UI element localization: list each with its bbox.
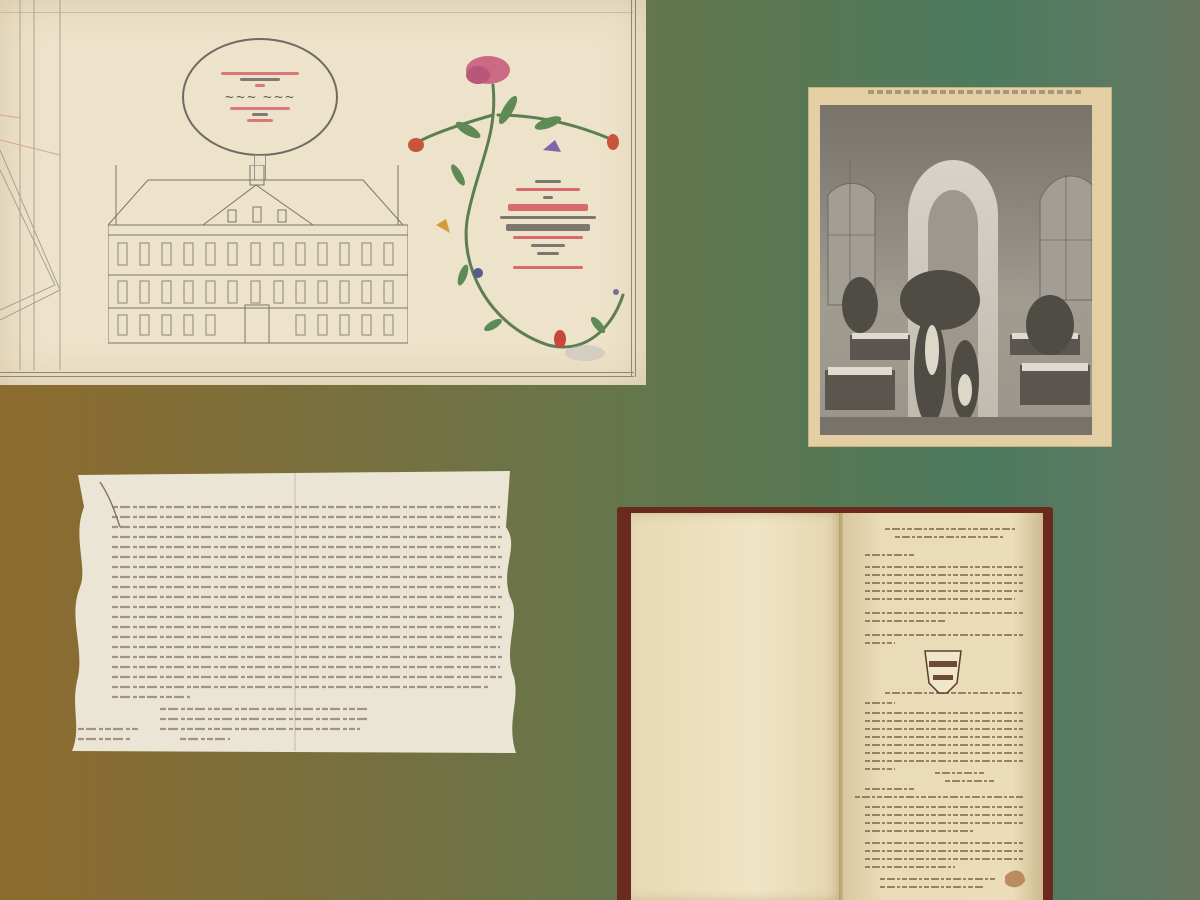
building-elevation: [108, 165, 408, 345]
dedication-line: [535, 180, 561, 183]
cartouche-line: [240, 78, 280, 81]
map-fragment-lines: [0, 0, 110, 380]
dedication-line: [531, 244, 565, 247]
dedication-line: [543, 196, 553, 199]
cartouche-line: [247, 119, 273, 122]
cartouche-line: [252, 113, 268, 116]
dedication-text-block: [478, 180, 618, 269]
parchment-manuscript: [70, 467, 518, 757]
engraving-plate: [820, 105, 1092, 435]
dedication-line: [513, 236, 583, 239]
dedication-line: [537, 252, 559, 255]
dedication-line: [500, 216, 596, 219]
dedication-signature: [513, 266, 583, 269]
dedication-line: [506, 224, 590, 231]
dedication-line: [508, 204, 588, 211]
title-cartouche-oval: ~~~ ~~~: [182, 38, 338, 156]
handwritten-notes: [855, 521, 1027, 900]
cartouche-line: [221, 72, 299, 75]
engraving-caption: [868, 90, 1082, 94]
cartouche-line: [230, 107, 290, 110]
cartouche-script-title: ~~~ ~~~: [224, 90, 295, 104]
open-notebook: [617, 507, 1053, 900]
architectural-drawing: ~~~ ~~~: [0, 0, 646, 385]
cartouche-line: [255, 84, 265, 87]
shield-emblem: [925, 651, 961, 693]
dedication-line: [516, 188, 580, 191]
book-left-page-blank: [631, 513, 841, 900]
library-stamp: [565, 345, 605, 361]
interior-scene-engraving: [808, 87, 1112, 447]
